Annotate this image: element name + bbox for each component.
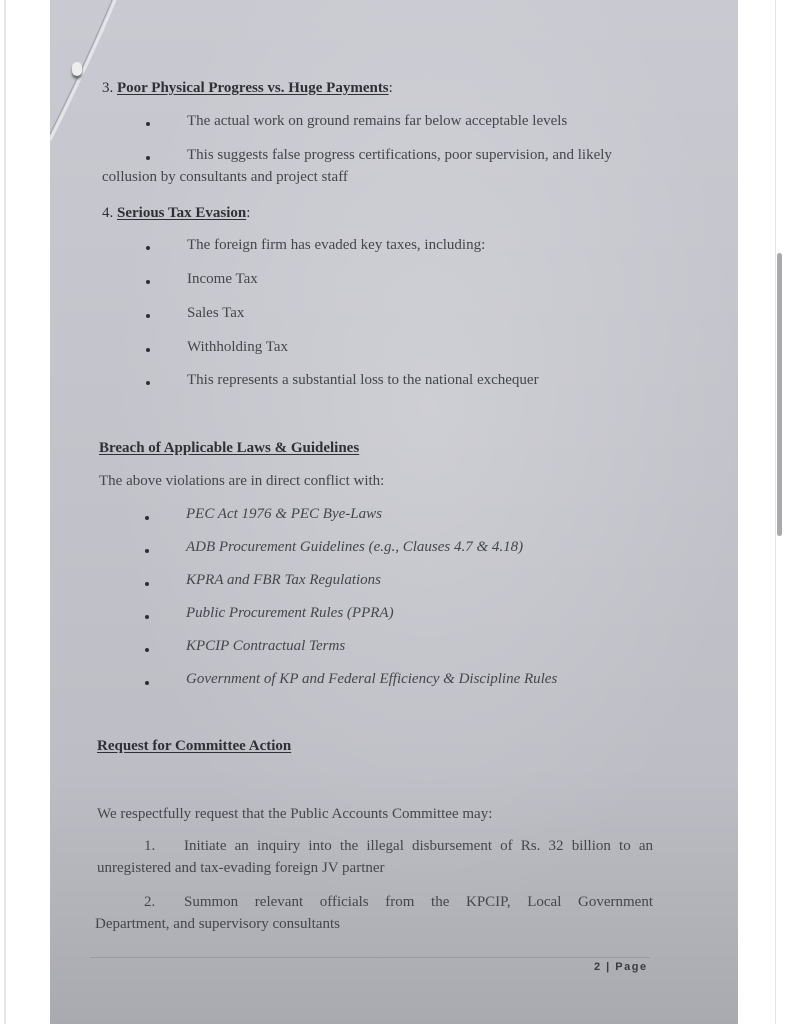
list-item: Public Procurement Rules (PPRA) (186, 605, 394, 622)
request-item-continuation: Department, and supervisory consultants (95, 916, 340, 933)
bullet-icon (146, 348, 150, 352)
list-item: Withholding Tax (187, 339, 288, 356)
bullet-icon (146, 156, 150, 160)
list-item: Government of KP and Federal Efficiency … (186, 671, 557, 688)
bullet-icon (145, 648, 149, 652)
request-item-number: 1. (144, 838, 155, 855)
bullet-icon (145, 549, 149, 553)
bullet-icon (146, 314, 150, 318)
breach-intro: The above violations are in direct confl… (99, 473, 384, 490)
request-item: Summon relevant officials from the KPCIP… (184, 894, 653, 911)
list-item: PEC Act 1976 & PEC Bye-Laws (186, 506, 382, 523)
page-number: 2 | Page (594, 961, 648, 973)
bullet-icon (145, 582, 149, 586)
request-intro: We respectfully request that the Public … (97, 806, 492, 823)
pin-icon (72, 62, 82, 76)
bullet-icon (146, 122, 150, 126)
request-heading: Request for Committee Action (97, 738, 291, 755)
list-item: The foreign firm has evaded key taxes, i… (187, 237, 485, 254)
bullet-icon (145, 516, 149, 520)
bullet-icon (145, 615, 149, 619)
section4-heading: 4. Serious Tax Evasion: (102, 205, 250, 222)
list-item: KPCIP Contractual Terms (186, 638, 345, 655)
bullet-icon (145, 681, 149, 685)
section3-heading: 3. Poor Physical Progress vs. Huge Payme… (102, 80, 393, 97)
list-item: Sales Tax (187, 305, 244, 322)
list-item: This represents a substantial loss to th… (187, 372, 539, 389)
list-item: The actual work on ground remains far be… (187, 113, 567, 130)
footer-divider (90, 957, 650, 958)
list-item: KPRA and FBR Tax Regulations (186, 572, 381, 589)
request-item-continuation: unregistered and tax-evading foreign JV … (97, 860, 385, 877)
list-item: ADB Procurement Guidelines (e.g., Clause… (186, 539, 523, 556)
viewer-left-edge (4, 0, 6, 1024)
bullet-icon (146, 381, 150, 385)
list-item: This suggests false progress certificati… (187, 147, 612, 164)
list-item: Income Tax (187, 271, 258, 288)
list-item-continuation: collusion by consultants and project sta… (102, 169, 348, 186)
request-item: Initiate an inquiry into the illegal dis… (184, 838, 653, 855)
breach-heading: Breach of Applicable Laws & Guidelines (99, 440, 359, 457)
scrollbar-thumb[interactable] (777, 253, 782, 536)
bullet-icon (146, 246, 150, 250)
bullet-icon (146, 280, 150, 284)
request-item-number: 2. (144, 894, 155, 911)
